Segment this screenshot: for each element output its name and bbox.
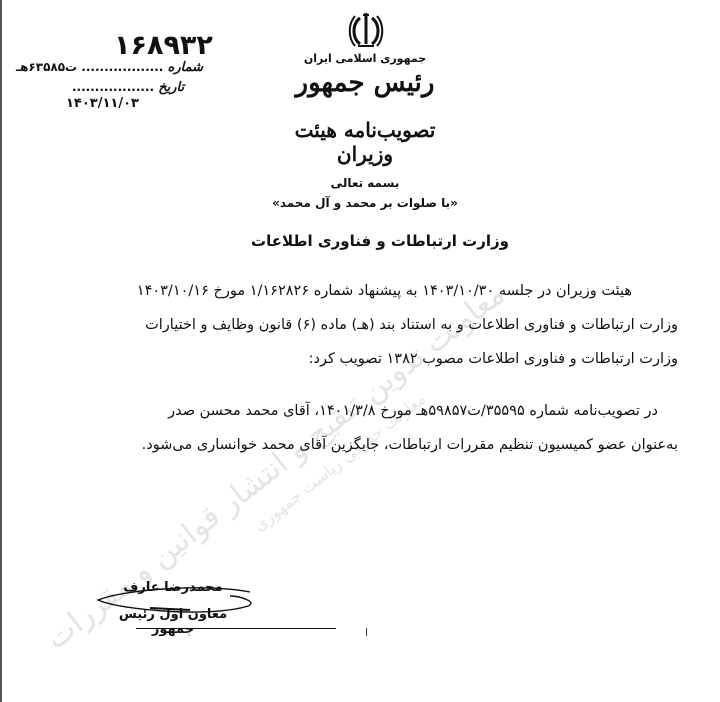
iran-emblem-icon <box>346 10 386 50</box>
number-row: شماره .................. ت۶۳۵۸۵هـ <box>16 60 203 75</box>
body-line: وزارت ارتباطات و فناوری اطلاعات مصوب ۱۳۸… <box>38 342 678 376</box>
stray-mark <box>366 628 367 636</box>
date-value: ۱۴۰۳/۱۱/۰۳ <box>66 96 139 111</box>
signature-scribble-icon <box>90 584 260 624</box>
body-line: وزارت ارتباطات و فناوری اطلاعات و به است… <box>38 308 678 342</box>
country-name: جمهوری اسلامی ایران <box>265 52 465 65</box>
body-paragraph-1: هیئت وزیران در جلسه ۱۴۰۳/۱۰/۳۰ به پیشنها… <box>38 274 678 376</box>
invocation-line-1: بسمه تعالی <box>215 176 515 190</box>
date-label: تاریخ <box>158 80 184 95</box>
date-dots: .................. <box>72 80 154 94</box>
invocation-line-2: «با صلوات بر محمد و آل محمد» <box>215 196 515 210</box>
signature-underline <box>136 628 336 629</box>
body-line: به‌عنوان عضو کمیسیون تنظیم مقررات ارتباط… <box>38 428 678 462</box>
body-paragraph-2: در تصویب‌نامه شماره ۳۵۵۹۵/ت۵۹۸۵۷هـ مورخ … <box>38 394 678 462</box>
office-title: رئیس جمهور <box>265 68 465 98</box>
signature-block: محمدرضا عارف معاون اول رئیس جمهور <box>98 580 248 637</box>
number-label: شماره <box>168 60 203 75</box>
body-line: هیئت وزیران در جلسه ۱۴۰۳/۱۰/۳۰ به پیشنها… <box>38 274 678 308</box>
body-line: در تصویب‌نامه شماره ۳۵۵۹۵/ت۵۹۸۵۷هـ مورخ … <box>38 394 678 428</box>
document-type: تصویب‌نامه هیئت وزیران <box>265 118 465 166</box>
date-row: تاریخ .................. <box>72 80 184 95</box>
number-value: ت۶۳۵۸۵هـ <box>16 60 77 74</box>
number-dots: .................. <box>81 60 163 74</box>
addressee: وزارت ارتباطات و فناوری اطلاعات <box>180 232 580 250</box>
page-edge <box>0 0 2 702</box>
reference-number: ۱۶۸۹۳۲ <box>114 30 213 61</box>
